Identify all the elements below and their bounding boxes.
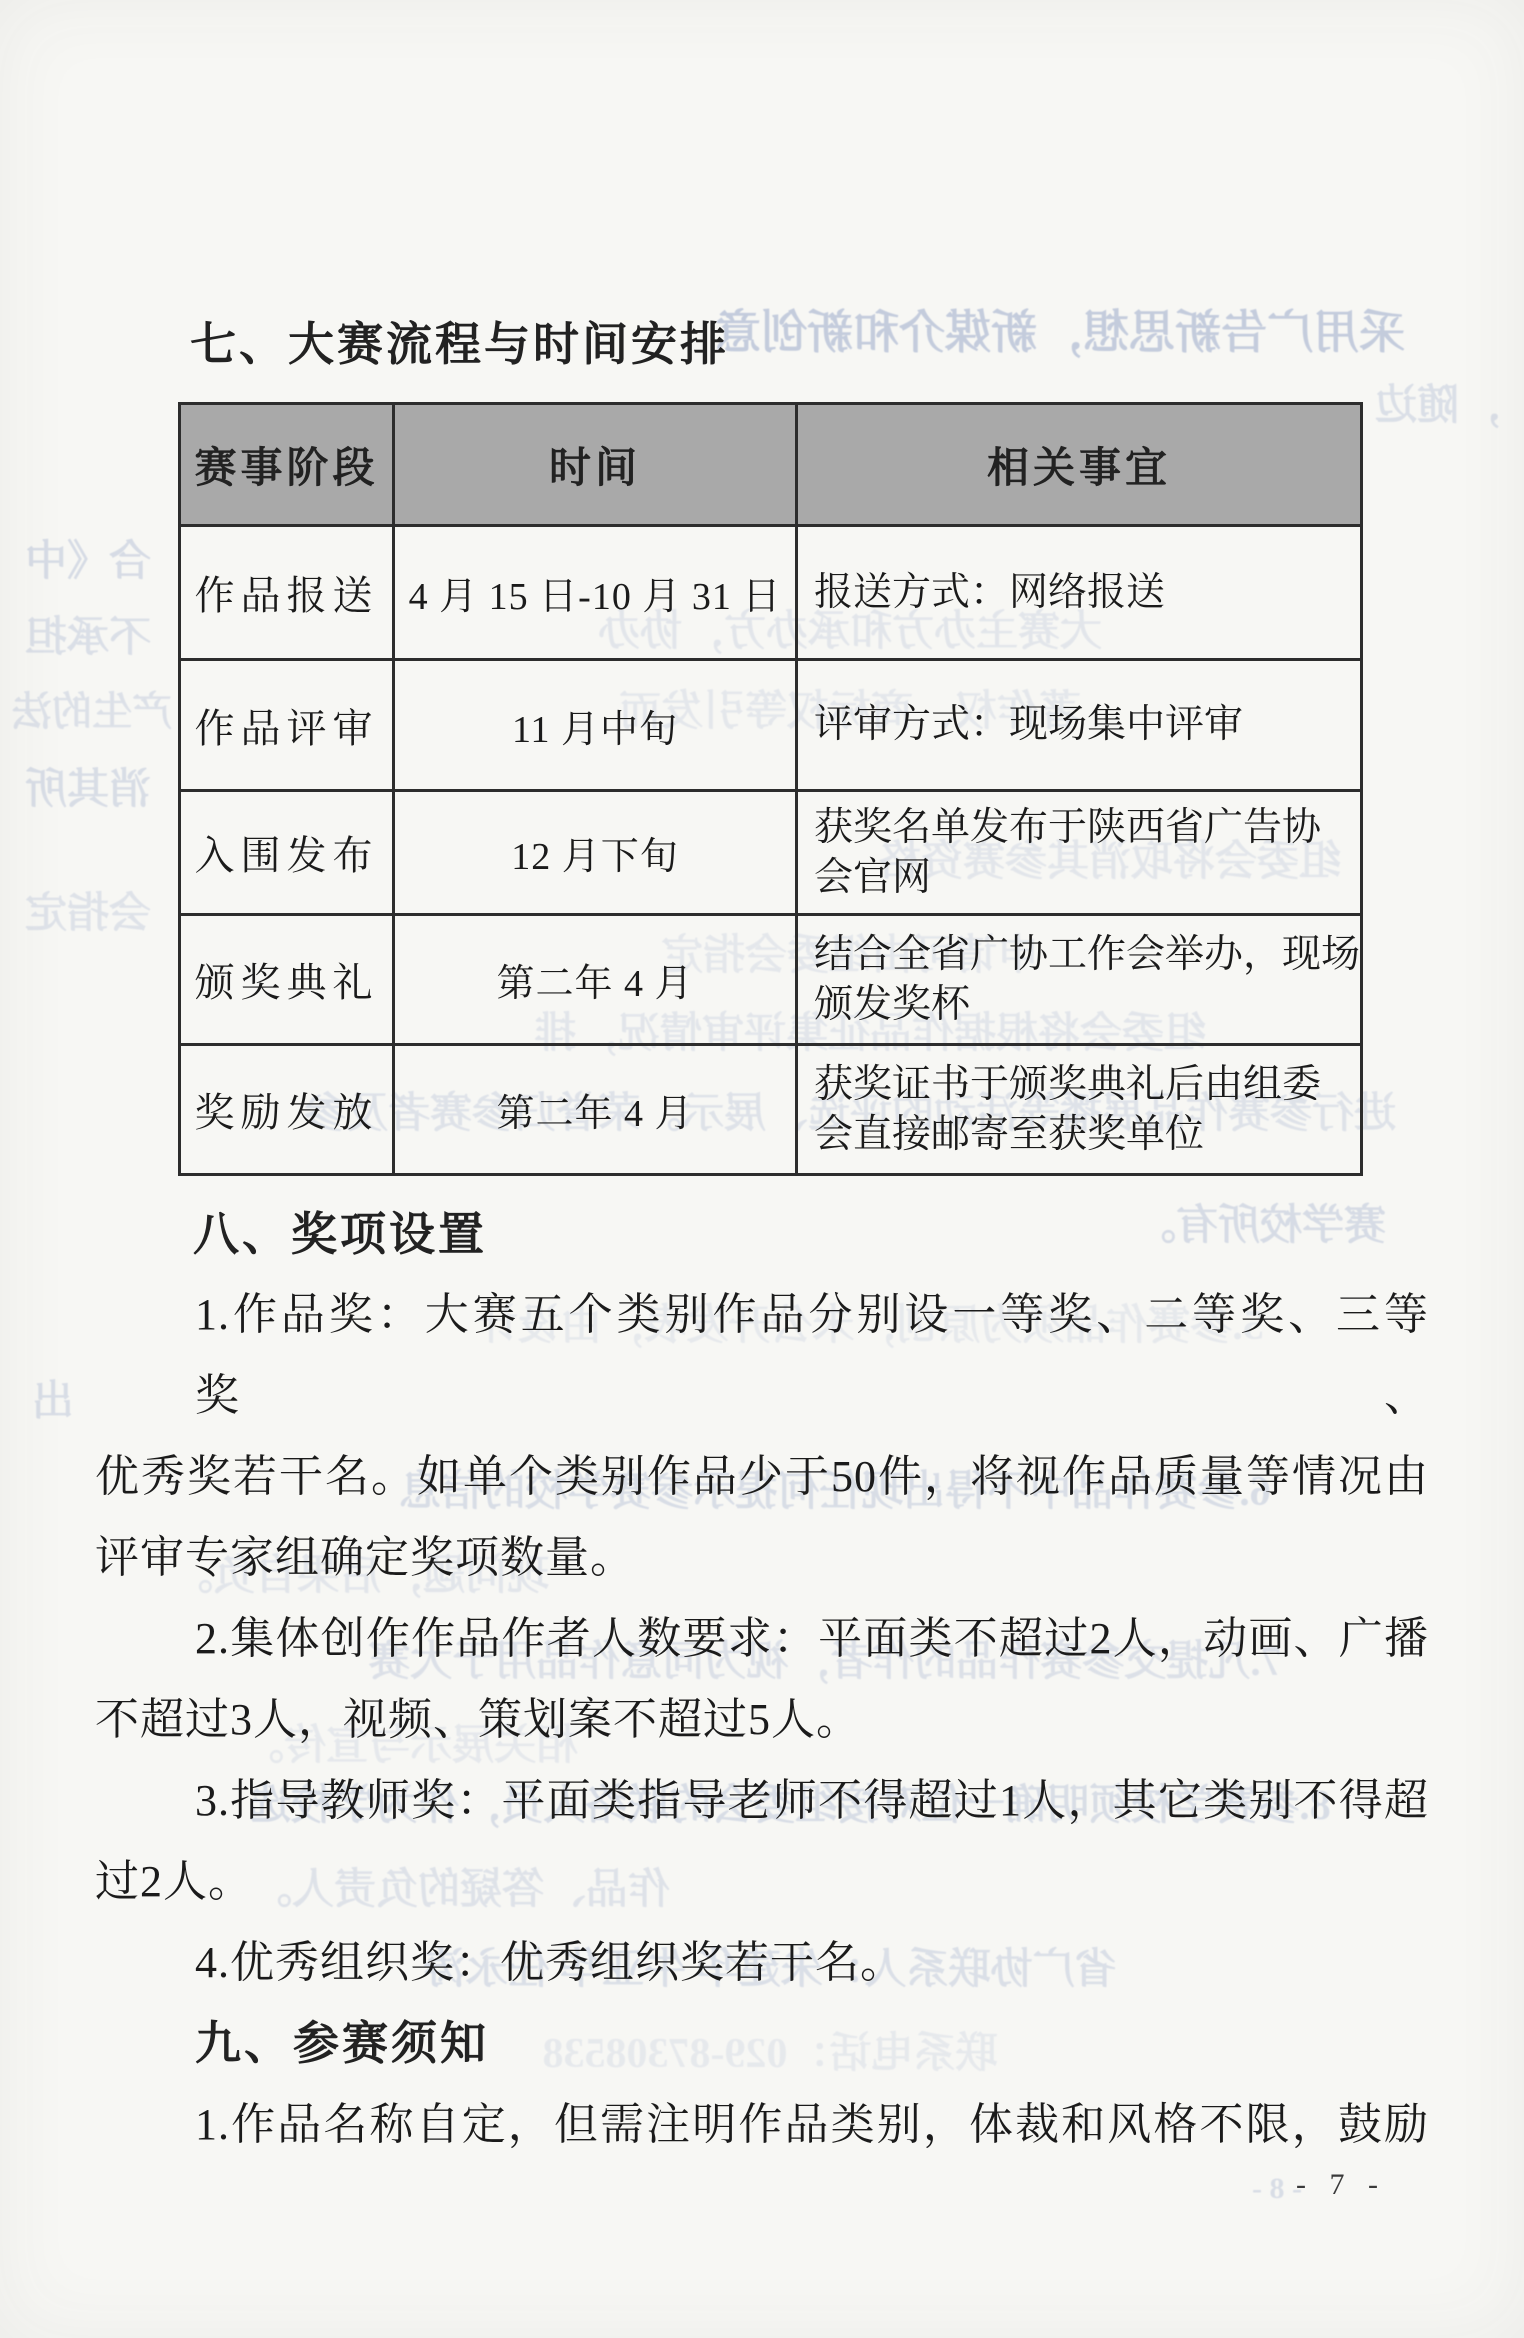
- body-line: 1.作品奖：大赛五个类别作品分别设一等奖、二等奖、三等奖、: [95, 1274, 1429, 1436]
- notes-line: 报送方式：网络报送: [814, 568, 1359, 618]
- bleedthrough-line: 会指定: [8, 880, 168, 940]
- body-line: 1.作品名称自定，但需注明作品类别，体裁和风格不限，鼓励: [95, 2084, 1429, 2165]
- bleedthrough-line: 合《中: [8, 528, 168, 588]
- section7-title: 七、大赛流程与时间安排: [190, 308, 729, 374]
- cell-stage: 作品报送: [180, 526, 394, 660]
- notes-line: 获奖名单发布于陕西省广告协: [814, 803, 1359, 853]
- cell-stage: 作品评审: [180, 660, 394, 791]
- page-number: - 7 -: [1296, 2168, 1386, 2202]
- cell-time: 12 月下旬: [394, 791, 797, 915]
- table-row: 作品报送 4 月 15 日-10 月 31 日 报送方式：网络报送: [180, 526, 1362, 660]
- document-page: 采用广告新思想，新媒介和新创意 ，随边 合《中 不承担 产生的法 消其所 大赛主…: [0, 0, 1524, 2338]
- body-line: 4.优秀组织奖：优秀组织奖若干名。: [95, 1922, 1429, 2003]
- section8-title: 八、奖项设置: [193, 1198, 487, 1264]
- bleedthrough-line: 采用广告新思想，新媒介和新创意: [640, 296, 1480, 362]
- body-line: 优秀奖若干名。如单个类别作品少于50件，将视作品质量等情况由: [95, 1436, 1429, 1517]
- cell-stage: 入围发布: [180, 791, 394, 915]
- header-notes: 相关事宜: [797, 404, 1362, 526]
- table-row: 奖励发放 第二年 4 月 获奖证书于颁奖典礼后由组委 会直接邮寄至获奖单位: [180, 1045, 1362, 1175]
- body-text: 1.作品奖：大赛五个类别作品分别设一等奖、二等奖、三等奖、 优秀奖若干名。如单个…: [95, 1274, 1429, 2165]
- table-row: 入围发布 12 月下旬 获奖名单发布于陕西省广告协 会官网: [180, 791, 1362, 915]
- body-line: 3.指导教师奖：平面类指导老师不得超过1人，其它类别不得超: [95, 1760, 1429, 1841]
- cell-notes: 获奖证书于颁奖典礼后由组委 会直接邮寄至获奖单位: [797, 1045, 1362, 1175]
- cell-time: 第二年 4 月: [394, 915, 797, 1045]
- notes-line: 会直接邮寄至获奖单位: [814, 1110, 1359, 1160]
- header-time: 时间: [394, 404, 797, 526]
- notes-line: 颁发奖杯: [814, 980, 1359, 1030]
- table-row: 作品评审 11 月中旬 评审方式：现场集中评审: [180, 660, 1362, 791]
- section9-title: 九、参赛须知: [95, 2003, 1429, 2084]
- cell-time: 11 月中旬: [394, 660, 797, 791]
- cell-notes: 获奖名单发布于陕西省广告协 会官网: [797, 791, 1362, 915]
- bleedthrough-line: 不承担: [8, 604, 168, 664]
- bleedthrough-line: 赛学校所有。: [1090, 1192, 1430, 1252]
- cell-notes: 评审方式：现场集中评审: [797, 660, 1362, 791]
- header-stage: 赛事阶段: [180, 404, 394, 526]
- cell-stage: 颁奖典礼: [180, 915, 394, 1045]
- bleedthrough-line: 产生的法: [8, 680, 176, 737]
- body-line: 不超过3人，视频、策划案不超过5人。: [95, 1679, 1429, 1760]
- notes-line: 结合全省广协工作会举办，现场: [814, 930, 1359, 980]
- table-header-row: 赛事阶段 时间 相关事宜: [180, 404, 1362, 526]
- table-row: 颁奖典礼 第二年 4 月 结合全省广协工作会举办，现场 颁发奖杯: [180, 915, 1362, 1045]
- bleedthrough-line: 消其所: [8, 756, 168, 816]
- notes-line: 评审方式：现场集中评审: [814, 700, 1359, 750]
- cell-notes: 报送方式：网络报送: [797, 526, 1362, 660]
- cell-time: 第二年 4 月: [394, 1045, 797, 1175]
- notes-line: 获奖证书于颁奖典礼后由组委: [814, 1060, 1359, 1110]
- cell-time: 4 月 15 日-10 月 31 日: [394, 526, 797, 660]
- notes-line: 会官网: [814, 853, 1359, 903]
- bleedthrough-line: ，随边: [1358, 372, 1518, 432]
- cell-stage: 奖励发放: [180, 1045, 394, 1175]
- cell-notes: 结合全省广协工作会举办，现场 颁发奖杯: [797, 915, 1362, 1045]
- body-line: 过2人。: [95, 1841, 1429, 1922]
- schedule-table: 赛事阶段 时间 相关事宜 作品报送 4 月 15 日-10 月 31 日 报送方…: [178, 402, 1363, 1176]
- body-line: 2.集体创作作品作者人数要求：平面类不超过2人，动画、广播: [95, 1598, 1429, 1679]
- body-line: 评审专家组确定奖项数量。: [95, 1517, 1429, 1598]
- bleedthrough-line: 出: [8, 1368, 98, 1428]
